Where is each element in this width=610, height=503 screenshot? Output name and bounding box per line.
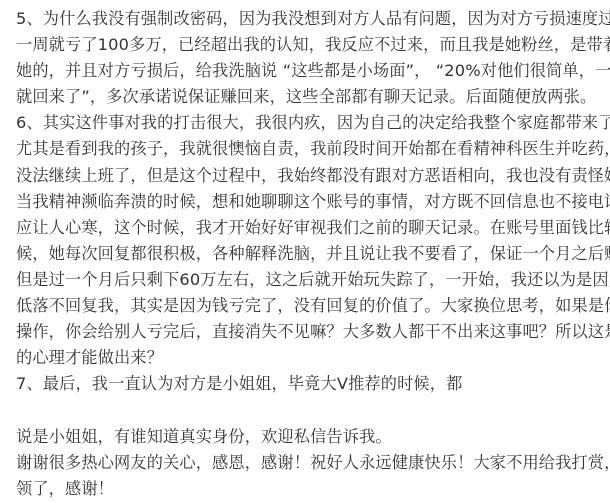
text-line: 谢谢很多热心网友的关心，感恩，感谢！祝好人永远健康快乐！大家不用给我打赏，心意我 bbox=[16, 450, 600, 476]
text-line: 当我精神濒临奔溃的时候，想和她聊聊这个账号的事情，对方既不回信息也不接电话，这反 bbox=[16, 189, 600, 215]
text-line: 操作，你会给别人亏完后，直接消失不见嘛？大多数人都干不出来这事吧？所以这是什么样 bbox=[16, 319, 600, 345]
blank-line bbox=[16, 397, 600, 423]
text-line: 的心理才能做出来？ bbox=[16, 345, 600, 371]
text-line: 候，她每次回复都很积极，各种解释洗脑，并且说让我不要看了，保证一个月之后赚回来， bbox=[16, 241, 600, 267]
text-line: 低落不回复我，其实是因为钱亏完了，没有回复的价值了。大家换位思考，如果是你给别人 bbox=[16, 293, 600, 319]
text-line: 尤其是看到我的孩子，我就很懊恼自责，我前段时间开始都在看精神科医生并吃药，并且也 bbox=[16, 136, 600, 162]
text-line: 说是小姐姐，有谁知道真实身份，欢迎私信告诉我。 bbox=[16, 424, 600, 450]
text-line: 她的，并且对方亏损后，给我洗脑说 “这些都是小场面”， “20%对他们很简单，一… bbox=[16, 58, 600, 84]
text-line: 没法继续上班了，但是这个过程中，我始终都没有跟对方恶语相向，我也没有责怪她，只是 bbox=[16, 163, 600, 189]
text-line: 一周就亏了100多万，已经超出我的认知，我反应不过来，而且我是她粉丝，是带着滤镜… bbox=[16, 32, 600, 58]
text-line: 5、为什么我没有强制改密码，因为我没想到对方人品有问题，因为对方亏损速度过快，第 bbox=[16, 6, 600, 32]
text-line: 领了，感谢！ bbox=[16, 476, 600, 502]
text-line: 7、最后，我一直认为对方是小姐姐，毕竟大V推荐的时候，都 bbox=[16, 371, 600, 397]
text-line: 但是过一个月后只剩下60万左右，这之后就开始玩失踪了，一开始，我还以为是因为情绪 bbox=[16, 267, 600, 293]
text-line: 就回来了”，多次承诺说保证赚回来，这些全部都有聊天记录。后面随便放两张。 bbox=[16, 84, 600, 110]
text-line: 应让人心寒，这个时候，我才开始好好审视我们之前的聊天记录。在账号里面钱比较多的时 bbox=[16, 215, 600, 241]
text-line: 6、其实这件事对我的打击很大，我很内疚，因为自己的决定给我整个家庭都带来了困难， bbox=[16, 110, 600, 136]
document-body: 5、为什么我没有强制改密码，因为我没想到对方人品有问题，因为对方亏损速度过快，第… bbox=[16, 6, 600, 502]
